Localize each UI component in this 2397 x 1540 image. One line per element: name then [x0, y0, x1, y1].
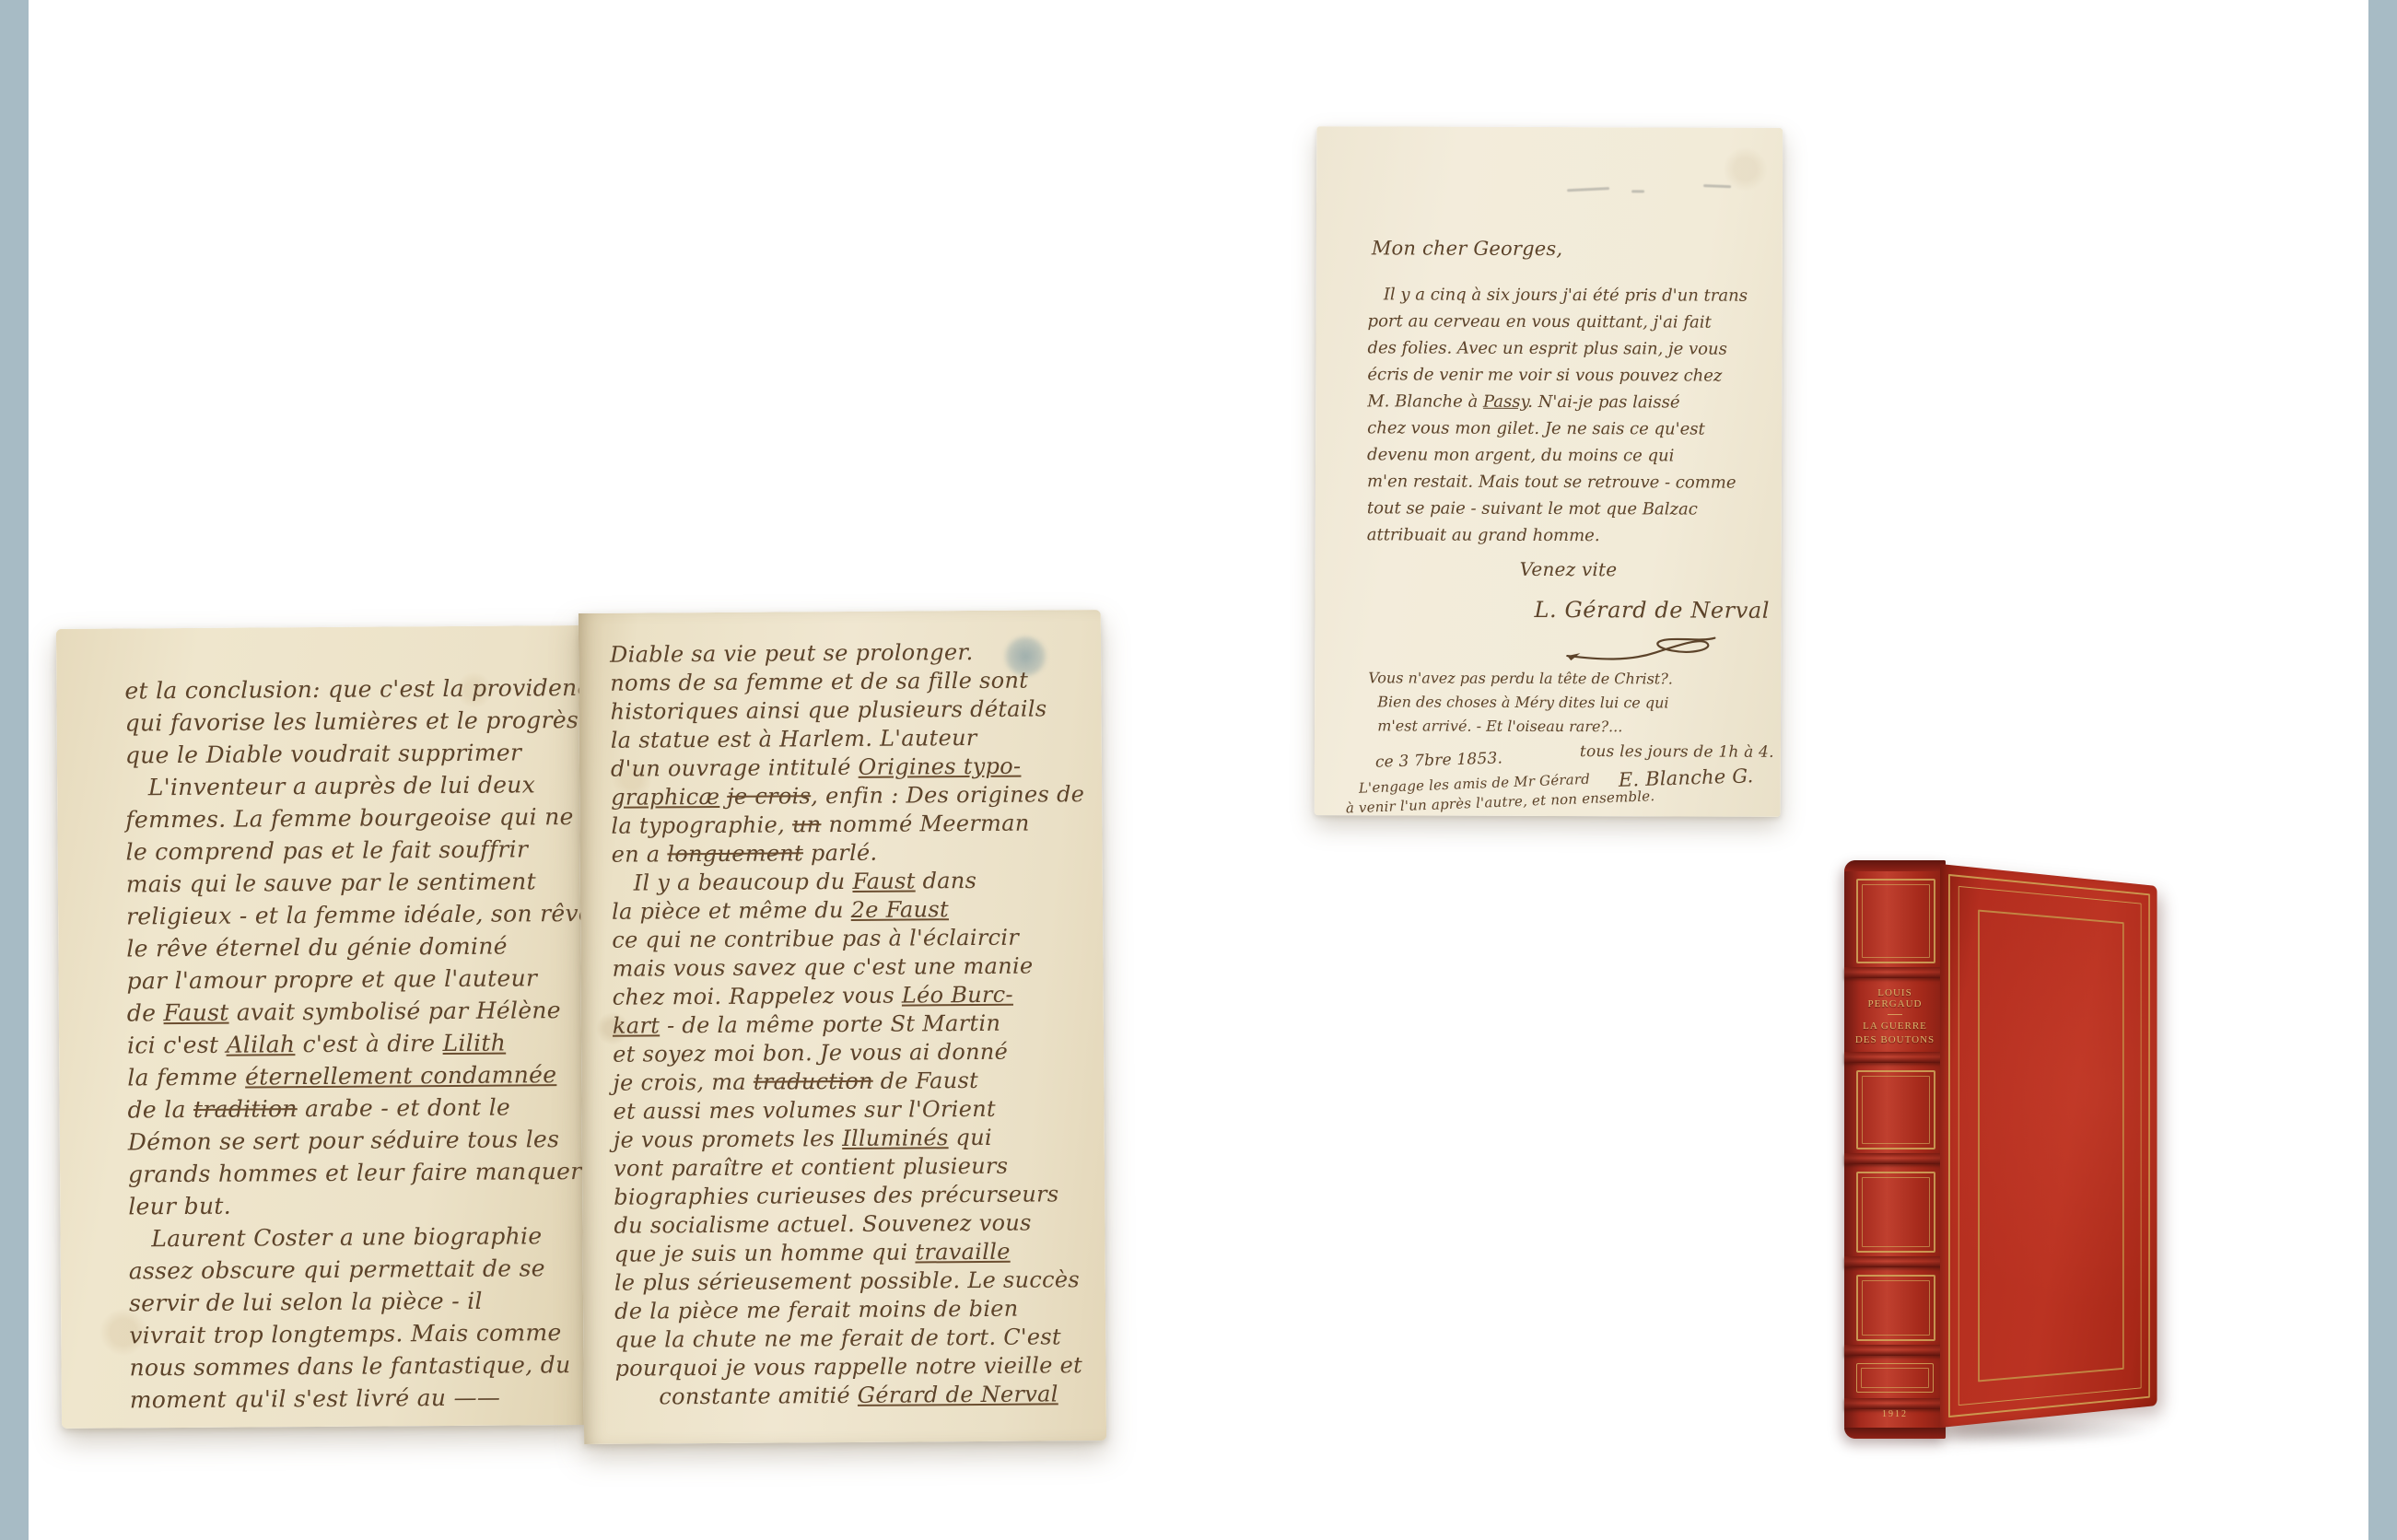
- handwritten-line: et aussi mes volumes sur l'Orient: [613, 1094, 1092, 1126]
- letter-closing: Venez vite: [1520, 558, 1618, 580]
- handwritten-line: assez obscure qui permettait de se: [129, 1252, 569, 1287]
- spine-title-panel: LOUIS PERGAUD LA GUERRE DES BOUTONS: [1850, 976, 1940, 1048]
- handwritten-line: je vous promets les Illuminés qui: [614, 1123, 1093, 1155]
- cover-gilt-frame-inner: [1978, 910, 2124, 1382]
- catalog-photo-canvas: et la conclusion: que c'est la providenc…: [0, 0, 2397, 1540]
- book-photo: LOUIS PERGAUD LA GUERRE DES BOUTONS 1912: [1844, 857, 2169, 1457]
- handwritten-line: servir de lui selon la pièce - il: [129, 1284, 569, 1319]
- left-edge-strip: [0, 0, 29, 1540]
- handwritten-line: nous sommes dans le fantastique, du: [129, 1348, 569, 1383]
- handwritten-line: m'est arrivé. - Et l'oiseau rare?...: [1368, 714, 1755, 739]
- spine-gilt-panel: [1856, 1172, 1935, 1253]
- spine-author: LOUIS PERGAUD: [1850, 987, 1940, 1009]
- right-edge-strip: [2368, 0, 2397, 1540]
- handwritten-line: Vous n'avez pas perdu la tête de Christ?…: [1368, 666, 1755, 691]
- spine-headcap: [1844, 860, 1946, 871]
- pencil-marks: [1703, 184, 1731, 188]
- handwritten-line: de la pièce me ferait moins de bien: [614, 1294, 1093, 1326]
- handwritten-line: écris de venir me voir si vous pouvez ch…: [1367, 361, 1763, 390]
- handwritten-line: graphicæ je crois, enfin : Des origines …: [611, 780, 1090, 812]
- handwritten-line: Diable sa vie peut se prolonger.: [610, 637, 1089, 670]
- book-front-cover: [1940, 864, 2157, 1428]
- spine-gilt-panel: [1856, 1363, 1934, 1393]
- handwritten-line: le comprend pas et le fait souffrir: [125, 833, 566, 868]
- spine-gilt-panel: [1856, 1070, 1935, 1149]
- spine-raised-band: [1844, 1345, 1946, 1356]
- handwritten-line: et soyez moi bon. Je vous ai donné: [613, 1037, 1092, 1069]
- handwritten-line: tout se paie - suivant le mot que Balzac: [1367, 495, 1763, 523]
- handwritten-line: d'un ouvrage intitulé Origines typo-: [611, 752, 1090, 784]
- spine-title-line-2: DES BOUTONS: [1850, 1033, 1940, 1047]
- letter-signature: L. Gérard de Nerval: [1534, 597, 1770, 624]
- handwritten-line: constante amitié Gérard de Nerval: [615, 1380, 1094, 1412]
- handwritten-line: Il y a beaucoup du Faust dans: [612, 866, 1091, 898]
- spine-rule-ornament: [1888, 1014, 1902, 1015]
- manuscript-right-page: Diable sa vie peut se prolonger.noms de …: [579, 610, 1106, 1444]
- handwritten-line: moment qu'il s'est livré au ——: [130, 1381, 570, 1416]
- handwritten-line: biographies curieuses des précurseurs: [614, 1180, 1093, 1212]
- handwritten-line: mais vous savez que c'est une manie: [612, 951, 1091, 984]
- spine-raised-band: [1844, 1052, 1946, 1063]
- spine-raised-band: [1844, 1256, 1946, 1267]
- handwritten-line: la pièce et même du 2e Faust: [612, 894, 1091, 927]
- handwritten-line: Bien des choses à Méry dites lui ce qui: [1368, 690, 1755, 715]
- handwritten-line: grands hommes et leur faire manquer: [128, 1155, 568, 1190]
- spine-gilt-panel: [1856, 879, 1935, 963]
- handwritten-line: port au cerveau en vous quittant, j'ai f…: [1368, 308, 1764, 336]
- spine-title-line-1: LA GUERRE: [1850, 1020, 1940, 1033]
- handwritten-line: et la conclusion: que c'est la providenc…: [124, 671, 565, 706]
- spine-gilt-panel: [1856, 1275, 1935, 1341]
- handwritten-line: du socialisme actuel. Souvenez vous: [614, 1208, 1093, 1241]
- handwritten-line: devenu mon argent, du moins ce qui: [1367, 441, 1763, 470]
- handwritten-line: la femme éternellement condamnée: [127, 1058, 567, 1093]
- right-page-text: Diable sa vie peut se prolonger.noms de …: [610, 637, 1094, 1412]
- pencil-marks: [1631, 190, 1644, 192]
- handwritten-line: le plus sérieusement possible. Le succès: [614, 1266, 1093, 1298]
- handwritten-line: chez moi. Rappelez vous Léo Burc-: [613, 980, 1092, 1012]
- handwritten-line: qui favorise les lumières et le progrès: [125, 704, 566, 739]
- handwritten-line: par l'amour propre et que l'auteur: [126, 962, 567, 997]
- handwritten-line: ici c'est Alilah c'est à dire Lilith: [127, 1026, 567, 1061]
- letter-hours-line: tous les jours de 1h à 4.: [1580, 742, 1774, 762]
- handwritten-line: historiques ainsi que plusieurs détails: [610, 694, 1089, 727]
- handwritten-line: de Faust avait symbolisé par Hélène: [127, 994, 567, 1029]
- handwritten-line: le rêve éternel du génie dominé: [126, 929, 567, 964]
- manuscript-left-page: et la conclusion: que c'est la providenc…: [56, 625, 584, 1429]
- handwritten-line: vivrait trop longtemps. Mais comme: [129, 1316, 569, 1351]
- handwritten-line: femmes. La femme bourgeoise qui ne: [125, 800, 566, 835]
- handwritten-line: Laurent Coster a une biographie: [128, 1219, 568, 1254]
- spine-raised-band: [1844, 1398, 1946, 1409]
- handwritten-line: en a longuement parlé.: [612, 837, 1091, 869]
- handwritten-line: Démon se sert pour séduire tous les: [128, 1123, 568, 1158]
- spine-raised-band: [1844, 1153, 1946, 1164]
- letter-postscript: Vous n'avez pas perdu la tête de Christ?…: [1368, 666, 1755, 739]
- handwritten-line: pourquoi je vous rappelle notre vieille …: [614, 1351, 1093, 1383]
- spine-tailcap: [1844, 1428, 1946, 1439]
- letter-second-signature: E. Blanche G.: [1618, 764, 1753, 791]
- manuscript-spread-photo: et la conclusion: que c'est la providenc…: [56, 610, 1106, 1457]
- handwritten-line: la statue est à Harlem. L'auteur: [611, 723, 1090, 755]
- handwritten-line: M. Blanche à Passy. N'ai-je pas laissé: [1367, 388, 1763, 416]
- handwritten-line: de la tradition arabe - et dont le: [127, 1091, 567, 1126]
- handwritten-line: vont paraître et contient plusieurs: [614, 1151, 1093, 1184]
- letter-body-text: Il y a cinq à six jours j'ai été pris d'…: [1367, 281, 1764, 549]
- handwritten-line: ce qui ne contribue pas à l'éclaircir: [612, 923, 1091, 955]
- handwritten-line: chez vous mon gilet. Je ne sais ce qu'es…: [1367, 414, 1763, 443]
- handwritten-line: m'en restait. Mais tout se retrouve - co…: [1367, 468, 1763, 496]
- signature-flourish-icon: [1563, 632, 1720, 670]
- handwritten-line: que je suis un homme qui travaille: [614, 1237, 1093, 1269]
- letter-photo: Mon cher Georges, Il y a cinq à six jour…: [1315, 126, 1783, 817]
- handwritten-line: attribuait au grand homme.: [1367, 521, 1763, 550]
- handwritten-line: la typographie, un nommé Meerman: [611, 809, 1090, 841]
- letter-salutation: Mon cher Georges,: [1372, 237, 1562, 260]
- handwritten-line: que le Diable voudrait supprimer: [125, 736, 566, 771]
- handwritten-line: Il y a cinq à six jours j'ai été pris d'…: [1368, 281, 1764, 309]
- left-page-text: et la conclusion: que c'est la providenc…: [124, 671, 570, 1416]
- letter-date-line: ce 3 7bre 1853.: [1375, 749, 1503, 771]
- handwritten-line: je crois, ma traduction de Faust: [613, 1066, 1092, 1098]
- book-spine: LOUIS PERGAUD LA GUERRE DES BOUTONS 1912: [1844, 860, 1946, 1439]
- handwritten-line: leur but.: [128, 1187, 568, 1222]
- handwritten-line: noms de sa femme et de sa fille sont: [610, 666, 1089, 698]
- handwritten-line: L'inventeur a auprès de lui deux: [125, 768, 566, 803]
- spine-year: 1912: [1844, 1409, 1946, 1419]
- handwritten-line: des folies. Avec un esprit plus sain, je…: [1367, 334, 1763, 363]
- handwritten-line: mais qui le sauve par le sentiment: [126, 865, 567, 900]
- handwritten-line: religieux - et la femme idéale, son rêve: [126, 897, 567, 932]
- pencil-marks: [1567, 187, 1609, 192]
- handwritten-line: que la chute ne me ferait de tort. C'est: [614, 1323, 1093, 1355]
- handwritten-line: kart - de la même porte St Martin: [613, 1009, 1092, 1041]
